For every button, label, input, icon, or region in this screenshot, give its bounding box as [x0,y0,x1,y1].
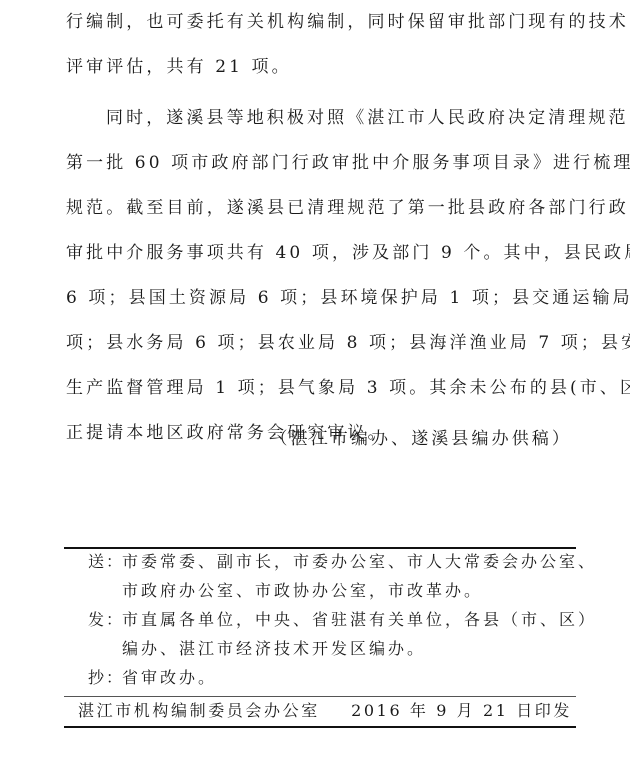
issue-line: 编办、湛江市经济技术开发区编办。 [122,638,426,660]
body-text-line: 规范。截至目前，遂溪县已清理规范了第一批县政府各部门行政 [66,197,576,219]
source-attribution: （湛江市编办、遂溪县编办供稿） [271,428,573,450]
body-text-line: 审批中介服务事项共有 40 项，涉及部门 9 个。其中，县民政局 [66,242,576,264]
send-label: 送： [88,551,124,573]
issue-label: 发： [88,609,124,631]
body-text-line: 生产监督管理局 1 项；县气象局 3 项。其余未公布的县(市、区)， [66,377,576,399]
body-text-line: 第一批 60 项市政府部门行政审批中介服务事项目录》进行梳理 [66,152,576,174]
body-text-line: 评审评估，共有 21 项。 [66,56,576,78]
copy-label: 抄： [88,667,124,689]
send-line: 市政府办公室、市政协办公室，市改革办。 [122,580,483,602]
body-text-line: 同时，遂溪县等地积极对照《湛江市人民政府决定清理规范 [106,107,576,129]
footer-rule [64,696,576,697]
send-line: 市委常委、副市长，市委办公室、市人大常委会办公室、 [122,551,597,573]
body-text-line: 6 项；县国土资源局 6 项；县环境保护局 1 项；县交通运输局 2 [66,287,576,309]
top-rule [64,547,576,549]
body-text-line: 行编制，也可委托有关机构编制，同时保留审批部门现有的技术 [66,11,576,33]
copy-line: 省审改办。 [122,667,217,689]
bottom-rule [64,726,576,728]
issuer-name: 湛江市机构编制委员会办公室 [78,700,320,722]
issue-date: 2016 年 9 月 21 日印发 [351,700,572,722]
body-text-line: 项；县水务局 6 项；县农业局 8 项；县海洋渔业局 7 项；县安全 [66,332,576,354]
issue-line: 市直属各单位，中央、省驻湛有关单位，各县（市、区） [122,609,597,631]
